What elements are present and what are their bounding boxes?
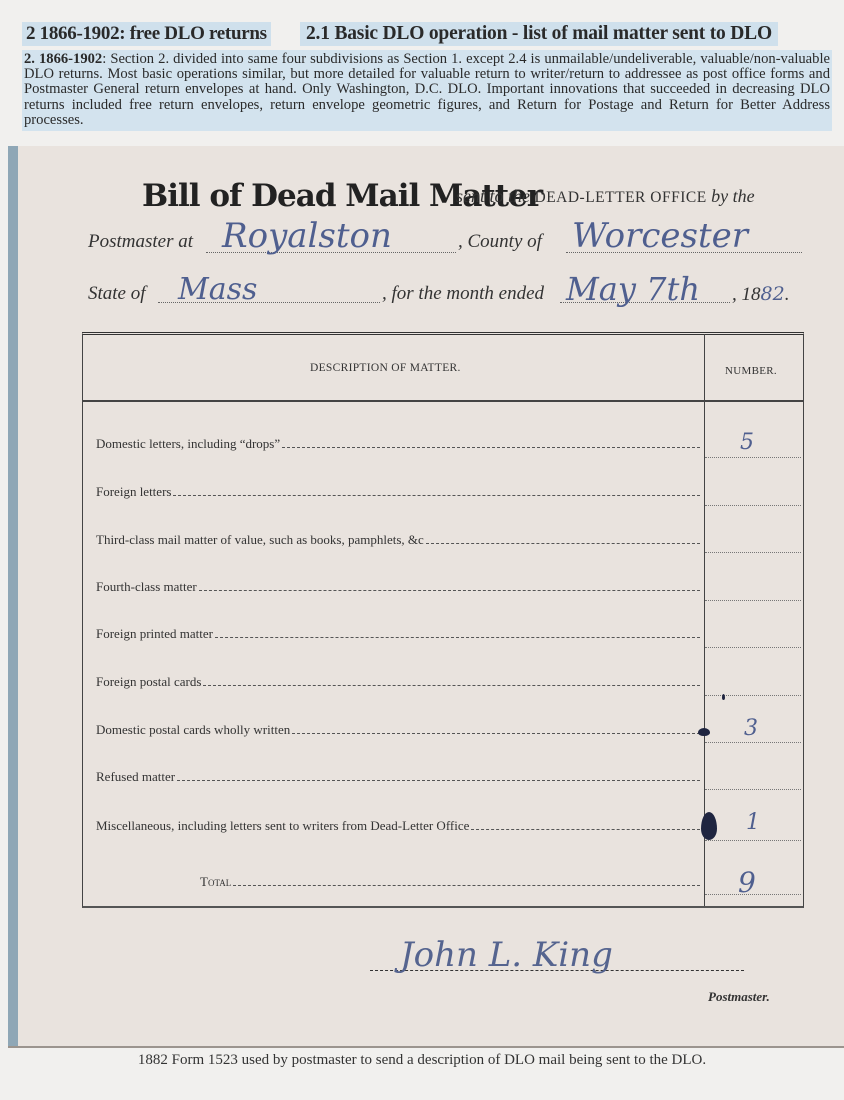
leader-dots — [203, 684, 700, 686]
row-label: Domestic postal cards wholly written — [96, 722, 290, 738]
ink-dot — [722, 694, 725, 700]
form-title-rest: sent to the DEAD-LETTER OFFICE by the — [456, 186, 755, 207]
table-row: Third-class mail matter of value, such a… — [96, 532, 700, 548]
table-row: Domestic letters, including “drops” — [96, 436, 700, 452]
table-row: Refused matter — [96, 769, 700, 785]
total-row: Total — [200, 874, 700, 890]
intro-paragraph: 2. 1866-1902: Section 2. divided into sa… — [22, 50, 832, 131]
row-label: Third-class mail matter of value, such a… — [96, 532, 424, 548]
ink-blot — [701, 812, 717, 840]
leader-dots — [282, 446, 700, 448]
col-header-number: NUMBER. — [725, 365, 777, 377]
caption: 1882 Form 1523 used by postmaster to sen… — [0, 1052, 844, 1069]
intro-lead: 2. 1866-1902 — [24, 51, 102, 67]
county-value: Worcester — [572, 216, 748, 256]
section-label: 2 1866-1902: free DLO returns — [22, 22, 271, 46]
row-label: Foreign printed matter — [96, 626, 213, 642]
state-value: Mass — [178, 272, 257, 307]
number-cell-line — [705, 599, 801, 601]
number-cell-line — [705, 456, 801, 458]
row-number: 5 — [740, 430, 754, 455]
state-label: State of — [88, 283, 146, 305]
row-label: Foreign letters — [96, 484, 171, 500]
number-cell-line — [705, 551, 801, 553]
col-header-description: DESCRIPTION OF MATTER. — [310, 362, 461, 374]
intro-text: : Section 2. divided into same four subd… — [24, 51, 830, 128]
row-number: 3 — [744, 716, 758, 741]
row-label: Domestic letters, including “drops” — [96, 436, 280, 452]
month-label: , for the month ended — [382, 283, 544, 305]
title-caps: DEAD-LETTER OFFICE — [535, 189, 707, 206]
table-row: Foreign postal cards — [96, 674, 700, 690]
year-value: 82 — [761, 283, 785, 305]
county-label: , County of — [458, 231, 542, 253]
leader-dots — [471, 828, 700, 830]
year-prefix: , 18 — [732, 284, 761, 305]
table-row: Foreign letters — [96, 484, 700, 500]
postmaster-at-label: Postmaster at — [88, 231, 193, 253]
number-cell-line — [705, 694, 801, 696]
leader-dots — [177, 779, 700, 781]
total-label: Total — [200, 874, 231, 890]
row-label: Fourth-class matter — [96, 579, 197, 595]
leader-dots — [292, 732, 700, 734]
leader-dots — [215, 636, 700, 638]
leader-dots — [199, 589, 700, 591]
table-row: Domestic postal cards wholly written — [96, 722, 700, 738]
year-label: , 1882. — [732, 283, 789, 306]
mount-edge — [8, 146, 18, 1048]
leader-dots — [233, 884, 700, 886]
row-label: Miscellaneous, including letters sent to… — [96, 818, 469, 834]
signature: John L. King — [400, 935, 613, 975]
month-value: May 7th — [566, 270, 700, 308]
number-cell-line — [705, 788, 801, 790]
number-cell-line — [705, 839, 801, 841]
page-title: 2.1 Basic DLO operation - list of mail m… — [300, 22, 778, 46]
signature-title: Postmaster. — [708, 989, 770, 1005]
row-label: Foreign postal cards — [96, 674, 201, 690]
number-cell-line — [705, 646, 801, 648]
header-divider — [82, 400, 804, 402]
table-row: Miscellaneous, including letters sent to… — [96, 818, 700, 834]
leader-dots — [173, 494, 700, 496]
postmaster-at-value: Royalston — [222, 216, 392, 256]
row-label: Refused matter — [96, 769, 175, 785]
table-row: Fourth-class matter — [96, 579, 700, 595]
title-rest-2: by the — [711, 186, 754, 206]
form-bottom-edge — [8, 1046, 844, 1048]
number-cell-line — [705, 741, 801, 743]
table-row: Foreign printed matter — [96, 626, 700, 642]
row-number: 1 — [746, 810, 760, 835]
title-rest-1: sent to the — [456, 186, 530, 206]
leader-dots — [426, 542, 700, 544]
total-value: 9 — [738, 866, 756, 899]
number-cell-line — [705, 504, 801, 506]
ink-blot — [698, 728, 710, 736]
